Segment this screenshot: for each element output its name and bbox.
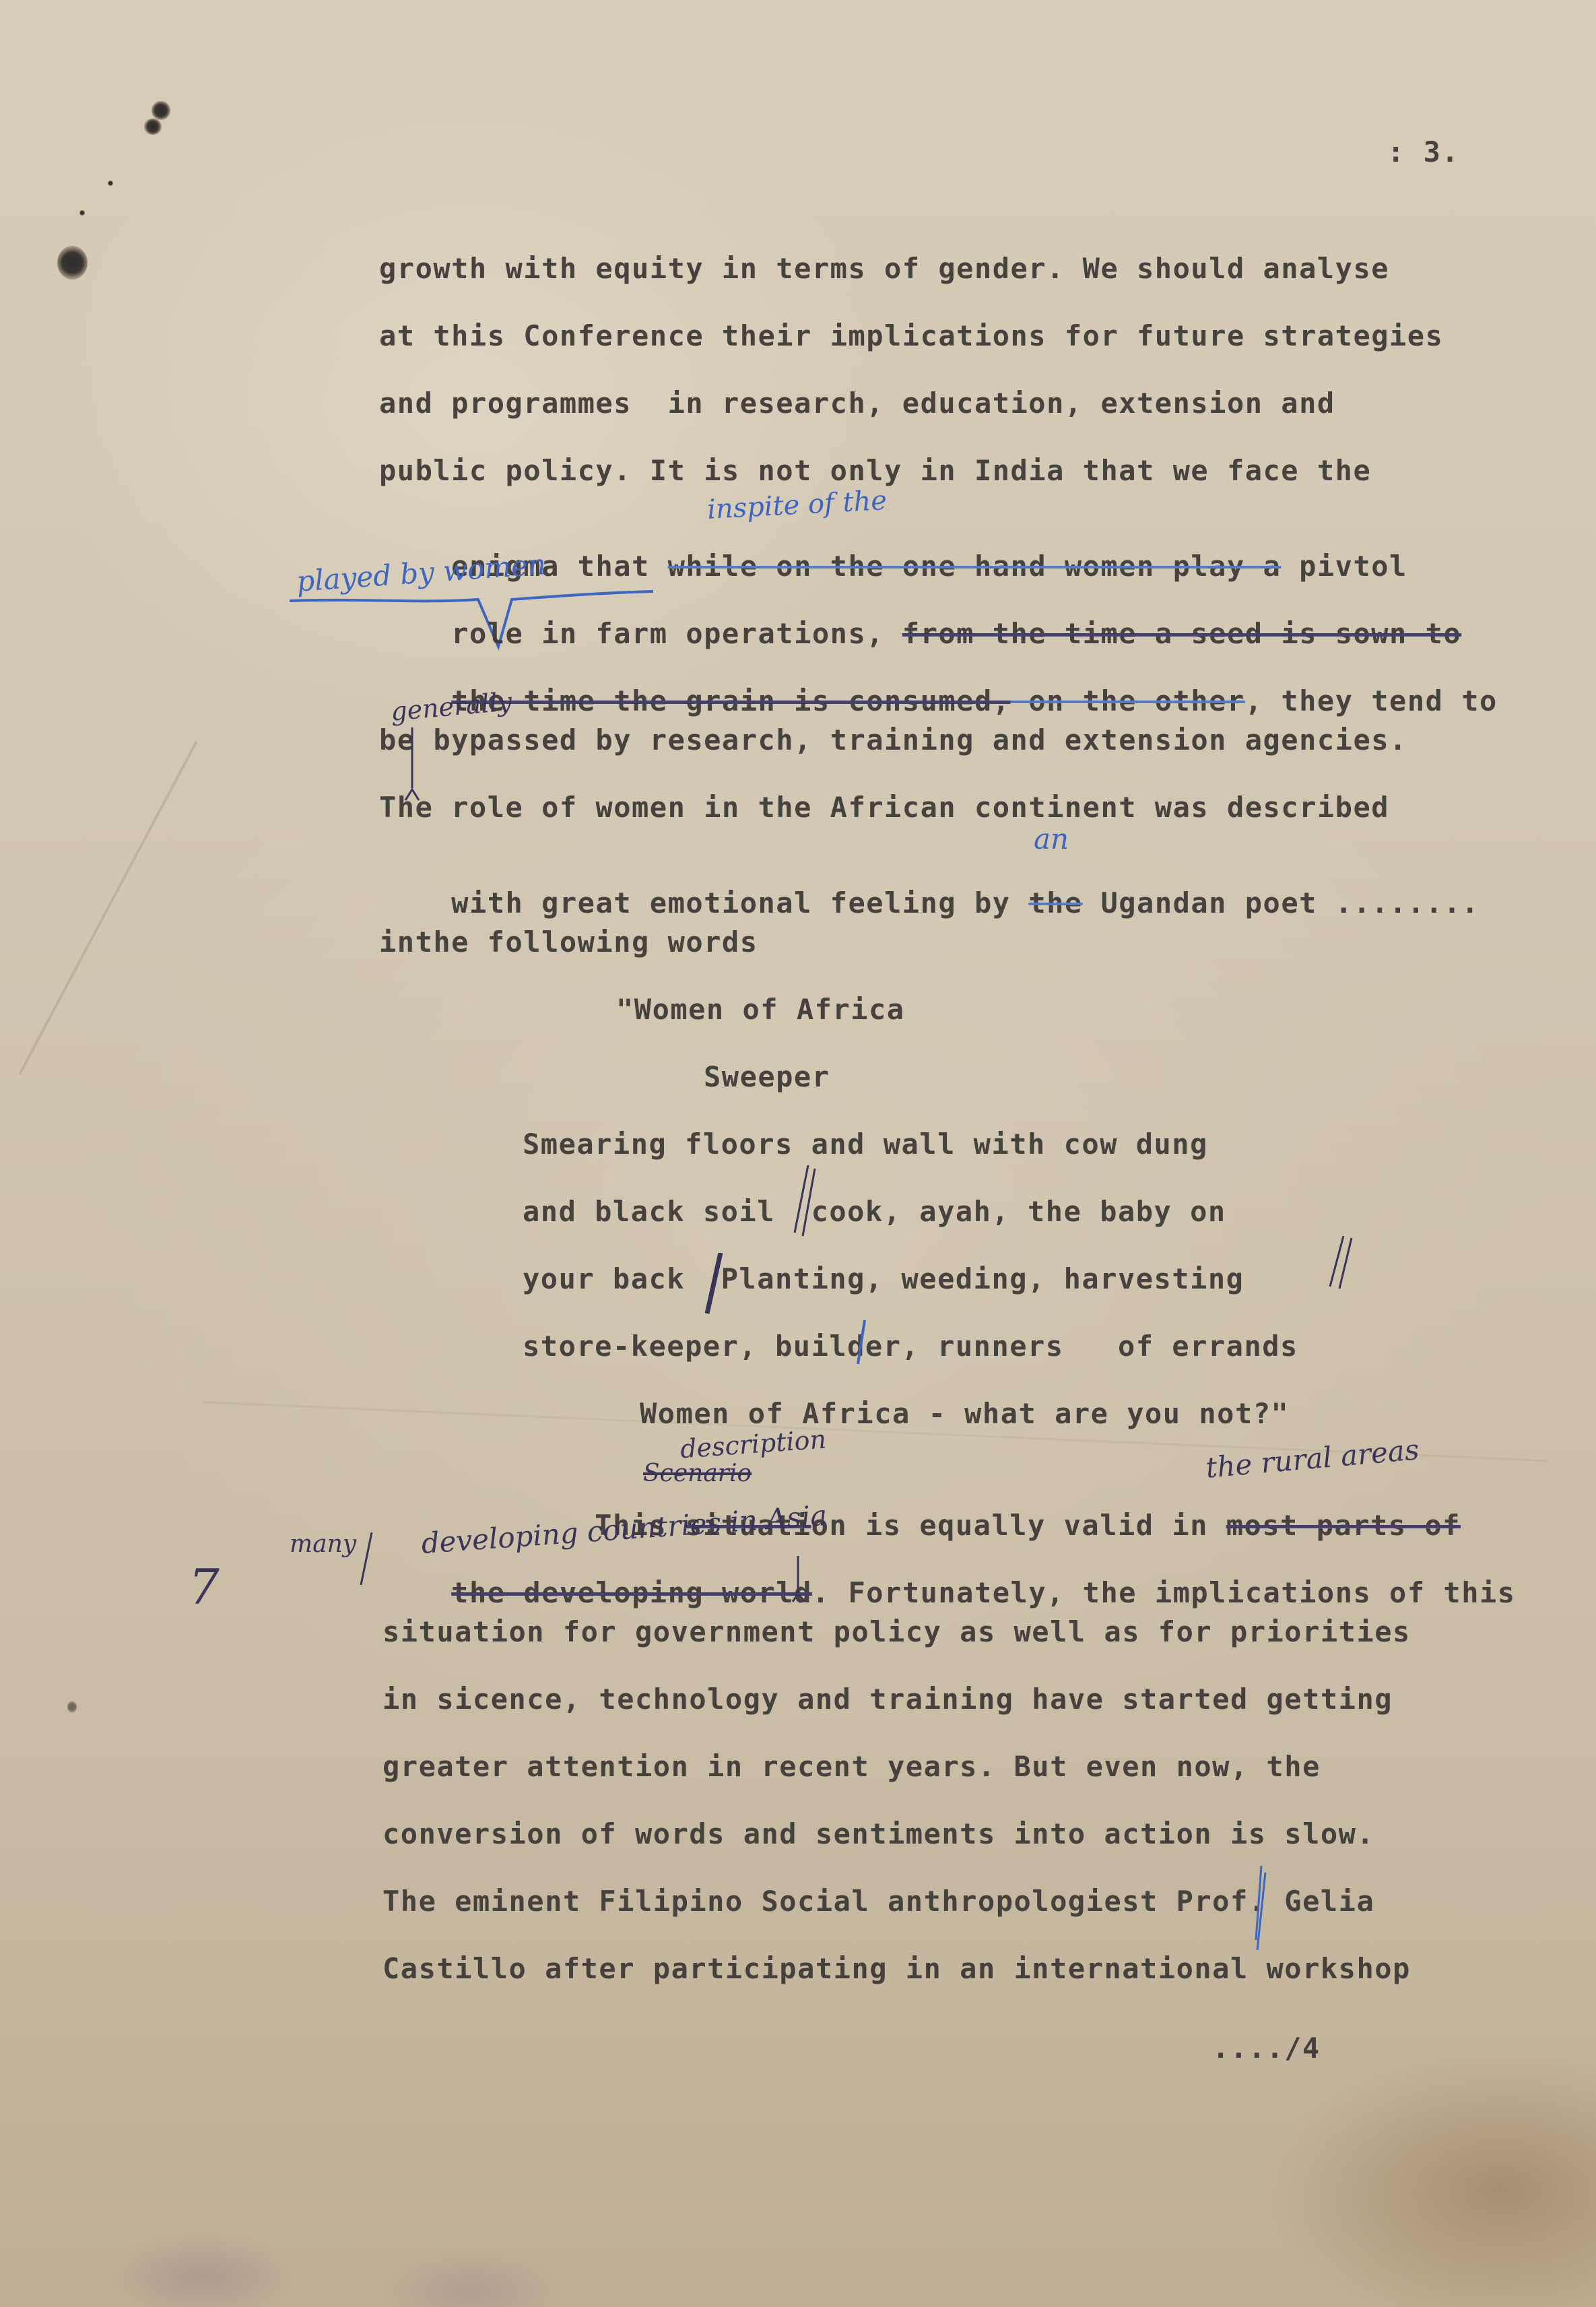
slash-mark bbox=[855, 1320, 869, 1367]
struck-text: while on the one hand women play a bbox=[668, 550, 1282, 583]
caret-mark bbox=[791, 1556, 811, 1603]
struck-text: on the other bbox=[1011, 684, 1245, 717]
double-slash-mark bbox=[788, 1165, 822, 1239]
handwritten-insertion: many bbox=[290, 1532, 356, 1557]
text-segment: pivtol bbox=[1281, 550, 1407, 583]
text-segment: , they tend to bbox=[1245, 684, 1498, 717]
double-slash-mark bbox=[1323, 1236, 1357, 1290]
text-line: be bypassed by research, training and ex… bbox=[379, 726, 1407, 754]
poem-line: Smearing floors and wall with cow dung bbox=[523, 1130, 1208, 1159]
text-line: conversion of words and sentiments into … bbox=[383, 1820, 1374, 1848]
text-line: public policy. It is not only in India t… bbox=[379, 457, 1371, 485]
text-line: The eminent Filipino Social anthropologi… bbox=[383, 1887, 1374, 1916]
struck-text: from the time a seed is sown to bbox=[902, 617, 1461, 650]
text-segment: on is equally valid in bbox=[811, 1509, 1226, 1542]
text-segment: Ugandan poet ........ bbox=[1083, 886, 1479, 919]
handwritten-insertion: description bbox=[679, 1426, 827, 1462]
struck-text: the developing world bbox=[451, 1576, 812, 1609]
handwritten-insertion: inspite of the bbox=[706, 487, 888, 523]
slash-mark bbox=[704, 1253, 724, 1317]
text-line: at this Conference their implications fo… bbox=[379, 322, 1443, 350]
poem-line: store-keeper, builder, runners of errand… bbox=[523, 1332, 1298, 1361]
burn-spot bbox=[144, 119, 162, 135]
burn-spot bbox=[67, 1701, 77, 1713]
text-line: in sicence, technology and training have… bbox=[383, 1685, 1393, 1714]
poem-closing: Women of Africa - what are you not?" bbox=[640, 1400, 1289, 1428]
document-page: : 3. growth with equity in terms of gend… bbox=[0, 0, 1596, 2307]
burn-spot bbox=[152, 101, 170, 120]
text-line: The role of women in the African contine… bbox=[379, 793, 1389, 822]
text-line: growth with equity in terms of gender. W… bbox=[379, 255, 1389, 283]
text-line: and programmes in research, education, e… bbox=[379, 389, 1335, 418]
burn-spot bbox=[79, 210, 85, 216]
text-line: inthe following words bbox=[379, 928, 758, 956]
text-line: situation for government policy as well … bbox=[383, 1618, 1411, 1646]
text-line: Castillo after participating in an inter… bbox=[383, 1955, 1411, 1983]
poem-line: and black soil cook, ayah, the baby on bbox=[523, 1198, 1226, 1226]
page-number: : 3. bbox=[1387, 138, 1459, 166]
paper-crease bbox=[18, 741, 197, 1075]
poem-line: Sweeper bbox=[704, 1063, 830, 1091]
margin-number: 7 bbox=[189, 1563, 220, 1611]
poem-title: "Women of Africa bbox=[616, 996, 905, 1024]
text-line: greater attention in recent years. But e… bbox=[383, 1753, 1321, 1781]
deletion-mark bbox=[1249, 1866, 1269, 1953]
handwritten-insertion: the rural areas bbox=[1205, 1435, 1420, 1483]
text-segment: role in farm operations, bbox=[451, 617, 902, 650]
struck-text: the time the grain is consumed, bbox=[451, 684, 1010, 717]
poem-line: your back Planting, weeding, harvesting bbox=[523, 1265, 1244, 1293]
text-segment: with great emotional feeling by bbox=[451, 886, 1028, 919]
burn-spot bbox=[57, 246, 88, 280]
handwritten-insertion: an bbox=[1034, 825, 1069, 853]
insertion-stroke bbox=[357, 1532, 377, 1586]
handwritten-struck-word: Scenario bbox=[643, 1462, 752, 1486]
struck-text: the bbox=[1028, 886, 1082, 919]
continuation-marker: ..../4 bbox=[1212, 2034, 1321, 2062]
burn-spot bbox=[108, 181, 113, 186]
text-segment: . Fortunately, the implications of this bbox=[812, 1576, 1516, 1609]
struck-text: most parts of bbox=[1226, 1509, 1461, 1542]
